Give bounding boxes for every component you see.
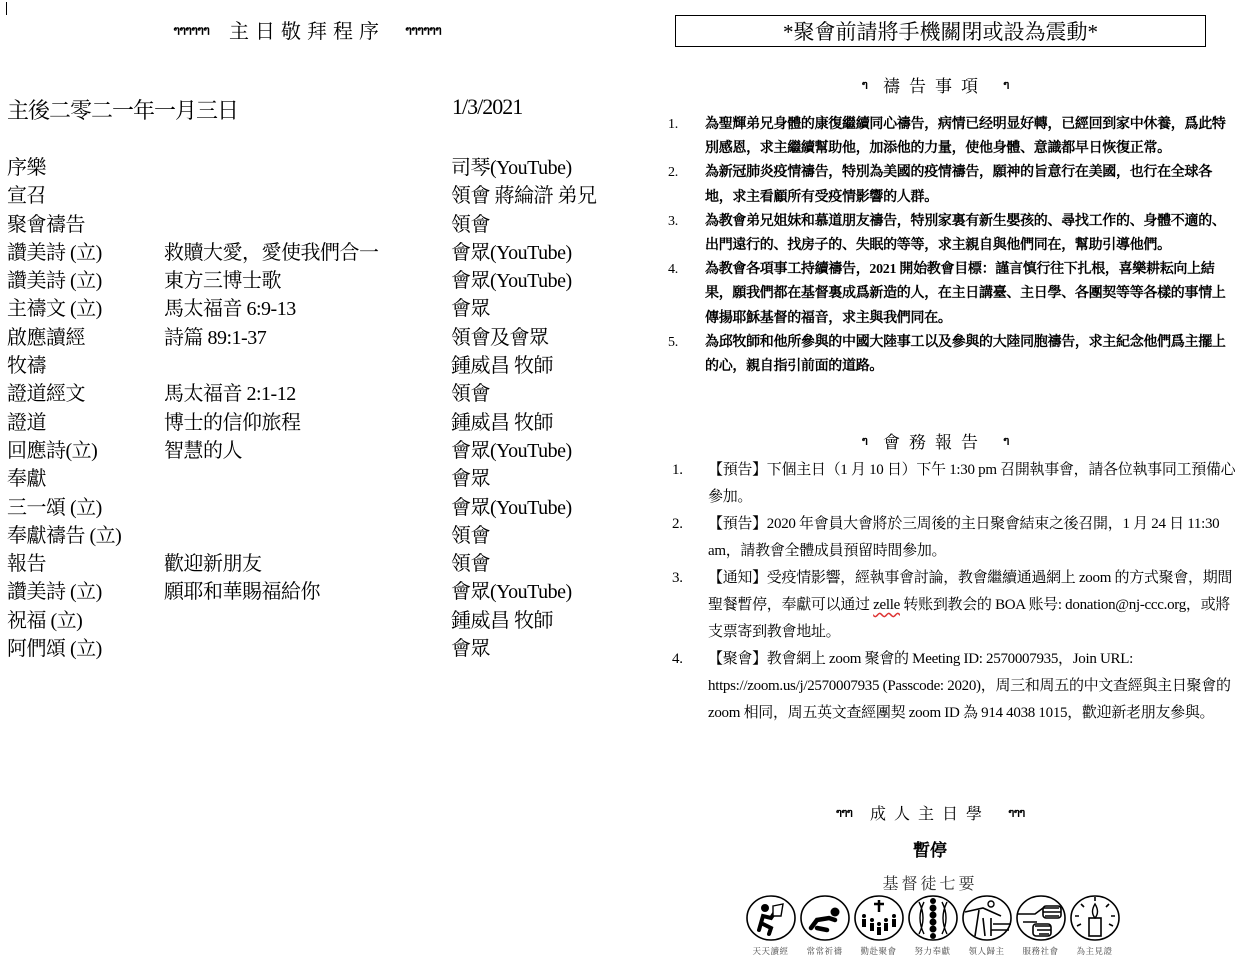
essential-label: 領人歸主: [968, 945, 1004, 957]
prayer-text: 為教會弟兄姐妹和慕道朋友禱告，特別家裏有新生嬰孩的、尋找工作的、身體不適的、出門…: [705, 214, 1226, 253]
affairs-text: 【聚會】教會網上 zoom 聚會的 Meeting ID: 2570007935…: [708, 651, 1231, 721]
program-row: 證道博士的信仰旅程鍾威昌 牧師: [7, 409, 627, 437]
ornament-left-icon: ๆๆๆๆๆๆ: [173, 21, 209, 37]
ornament-icon: ๆ: [862, 77, 867, 91]
program-item: 宣召: [7, 182, 46, 210]
essential-label: 為主見證: [1076, 945, 1112, 957]
program-item: 證道: [7, 409, 46, 437]
program-leader: 會眾(YouTube): [451, 494, 572, 522]
program-content: 救贖大愛，愛使我們合一: [164, 239, 379, 267]
program-row: 奉獻會眾: [7, 465, 627, 493]
program-row: 三一頌 (立)會眾(YouTube): [7, 494, 627, 522]
sunday-school-heading: ๆๆๆ 成人主日學 ๆๆๆ: [790, 800, 1070, 824]
program-item: 阿們頌 (立): [7, 635, 102, 663]
program-leader: 領會: [451, 211, 490, 239]
service-date: 主後二零二一年一月三日 1/3/2021: [7, 94, 607, 124]
program-item: 報告: [7, 550, 46, 578]
program-row: 讚美詩 (立)願耶和華賜福給你會眾(YouTube): [7, 578, 627, 606]
program-leader: 鍾威昌 牧師: [451, 409, 553, 437]
prayer-item: 2.為新冠肺炎疫情禱告，特別為美國的疫情禱告，願神的旨意行在美國，也行在全球各地…: [668, 161, 1238, 209]
ornament-icon: ๆ: [1003, 433, 1008, 447]
program-leader: 會眾(YouTube): [451, 267, 572, 295]
program-item: 牧禱: [7, 352, 46, 380]
program-row: 證道經文馬太福音 2:1-12領會: [7, 380, 627, 408]
program-content: 馬太福音 2:1-12: [164, 380, 296, 408]
program-item: 證道經文: [7, 380, 85, 408]
essential-item: 天天讀經: [744, 894, 797, 964]
leading-to-lord-icon: [961, 894, 1013, 942]
program-leader: 鍾威昌 牧師: [451, 607, 553, 635]
item-number: 3.: [672, 565, 683, 592]
program-row: 聚會禱告領會: [7, 211, 627, 239]
program-item: 讚美詩 (立): [7, 267, 102, 295]
program-content: 馬太福音 6:9-13: [164, 295, 296, 323]
program-list: 序樂司琴(YouTube) 宣召領會 蔣綸滸 弟兄 聚會禱告領會 讚美詩 (立)…: [7, 154, 627, 663]
left-page-worship-order: ๆๆๆๆๆๆ 主日敬拜程序 ๆๆๆๆๆๆ 主後二零二一年一月三日 1/3/202…: [0, 0, 640, 967]
affairs-list: 1.【預告】下個主日（1 月 10 日）下午 1:30 pm 召開執事會，請各位…: [672, 457, 1242, 727]
ornament-left-icon: ๆๆๆ: [836, 805, 852, 819]
prayer-list: 1.為聖輝弟兄身體的康復繼續同心禱告，病情已经明显好轉，已經回到家中休養，爲此特…: [668, 113, 1238, 379]
program-item: 主禱文 (立): [7, 295, 102, 323]
program-leader: 領會 蔣綸滸 弟兄: [451, 182, 597, 210]
program-row: 宣召領會 蔣綸滸 弟兄: [7, 182, 627, 210]
program-item: 奉獻: [7, 465, 46, 493]
sunday-school-title: 成人主日學: [870, 801, 990, 824]
prayer-section-heading: ๆ 禱告事項 ๆ: [830, 72, 1040, 96]
ornament-icon: ๆ: [862, 433, 867, 447]
item-number: 5.: [668, 331, 678, 355]
program-content: 詩篇 89:1-37: [164, 324, 266, 352]
program-content: 博士的信仰旅程: [164, 409, 301, 437]
program-leader: 會眾(YouTube): [451, 437, 572, 465]
essential-label: 努力奉獻: [914, 945, 950, 957]
program-leader: 會眾(YouTube): [451, 578, 572, 606]
program-leader: 領會: [451, 522, 490, 550]
program-row: 讚美詩 (立)救贖大愛，愛使我們合一會眾(YouTube): [7, 239, 627, 267]
congregation-icon: [853, 894, 905, 942]
candle-witness-icon: [1069, 894, 1121, 942]
program-row: 阿們頌 (立)會眾: [7, 635, 627, 663]
affairs-item: 1.【預告】下個主日（1 月 10 日）下午 1:30 pm 召開執事會，請各位…: [672, 457, 1242, 511]
prayer-text: 為聖輝弟兄身體的康復繼續同心禱告，病情已经明显好轉，已經回到家中休養，爲此特別感…: [705, 117, 1226, 156]
ornament-right-icon: ๆๆๆ: [1008, 805, 1024, 819]
phone-notice-box: *聚會前請將手機關閉或設為震動*: [675, 15, 1206, 47]
program-content: 歡迎新朋友: [164, 550, 262, 578]
affairs-text: 【預告】2020 年會員大會將於三周後的主日聚會結束之後召開，1 月 24 日 …: [708, 516, 1219, 559]
item-number: 1.: [668, 113, 678, 137]
praying-icon: [799, 894, 851, 942]
program-item: 祝福 (立): [7, 607, 82, 635]
reading-bible-icon: [745, 894, 797, 942]
essential-item: 勤赴聚會: [852, 894, 905, 964]
item-number: 4.: [672, 646, 683, 673]
program-item: 序樂: [7, 154, 46, 182]
program-row: 序樂司琴(YouTube): [7, 154, 627, 182]
program-row: 主禱文 (立)馬太福音 6:9-13會眾: [7, 295, 627, 323]
program-row: 讚美詩 (立)東方三博士歌會眾(YouTube): [7, 267, 627, 295]
program-content: 智慧的人: [164, 437, 242, 465]
item-number: 3.: [668, 210, 678, 234]
program-leader: 鍾威昌 牧師: [451, 352, 553, 380]
program-row: 牧禱鍾威昌 牧師: [7, 352, 627, 380]
right-page-announcements: *聚會前請將手機關閉或設為震動* ๆ 禱告事項 ๆ 1.為聖輝弟兄身體的康復繼續…: [640, 0, 1248, 967]
program-content: 東方三博士歌: [164, 267, 281, 295]
program-content: 願耶和華賜福給你: [164, 578, 320, 606]
prayer-text: 為教會各項事工持續禱告，2021 開始教會目標：謹言慎行往下扎根，喜樂耕耘向上結…: [705, 262, 1226, 325]
program-leader: 領會: [451, 550, 490, 578]
prayer-text: 為新冠肺炎疫情禱告，特別為美國的疫情禱告，願神的旨意行在美國，也行在全球各地，求…: [705, 165, 1212, 204]
affairs-item: 4.【聚會】教會網上 zoom 聚會的 Meeting ID: 25700079…: [672, 646, 1242, 727]
essential-label: 常常祈禱: [806, 945, 842, 957]
program-row: 啟應讀經詩篇 89:1-37領會及會眾: [7, 324, 627, 352]
item-number: 2.: [672, 511, 683, 538]
prayer-section-title: 禱告事項: [883, 72, 987, 97]
ornament-icon: ๆ: [1003, 77, 1008, 91]
ornament-right-icon: ๆๆๆๆๆๆ: [405, 21, 441, 37]
program-item: 回應詩(立): [7, 437, 97, 465]
program-item: 讚美詩 (立): [7, 578, 102, 606]
program-item: 三一頌 (立): [7, 494, 102, 522]
essential-label: 天天讀經: [752, 945, 788, 957]
program-leader: 領會: [451, 380, 490, 408]
offering-fish-icon: [907, 894, 959, 942]
spellcheck-flagged-word[interactable]: zelle: [873, 597, 900, 613]
affairs-text: 【預告】下個主日（1 月 10 日）下午 1:30 pm 召開執事會，請各位執事…: [708, 462, 1235, 505]
item-number: 4.: [668, 258, 678, 282]
serving-hands-icon: [1015, 894, 1067, 942]
seven-essentials-title: 基督徒七要: [840, 871, 1020, 894]
essential-item: 努力奉獻: [906, 894, 959, 964]
program-leader: 司琴(YouTube): [451, 154, 572, 182]
prayer-text: 為邱牧師和他所參與的中國大陸事工以及參與的大陸同胞禱告，求主紀念他們爲主擺上的心…: [705, 335, 1226, 374]
essential-label: 勤赴聚會: [860, 945, 896, 957]
prayer-item: 3.為教會弟兄姐妹和慕道朋友禱告，特別家裏有新生嬰孩的、尋找工作的、身體不適的、…: [668, 210, 1238, 258]
program-item: 啟應讀經: [7, 324, 85, 352]
item-number: 1.: [672, 457, 683, 484]
prayer-item: 1.為聖輝弟兄身體的康復繼續同心禱告，病情已经明显好轉，已經回到家中休養，爲此特…: [668, 113, 1238, 161]
affairs-section-heading: ๆ 會務報告 ๆ: [830, 428, 1040, 452]
prayer-item: 4.為教會各項事工持續禱告，2021 開始教會目標：謹言慎行往下扎根，喜樂耕耘向…: [668, 258, 1238, 331]
essential-label: 服務社會: [1022, 945, 1058, 957]
program-row: 回應詩(立)智慧的人會眾(YouTube): [7, 437, 627, 465]
essential-item: 為主見證: [1068, 894, 1121, 964]
prayer-item: 5.為邱牧師和他所參與的中國大陸事工以及參與的大陸同胞禱告，求主紀念他們爲主擺上…: [668, 331, 1238, 379]
seven-essentials-icons: 天天讀經 常常祈禱 勤赴聚會 努力奉獻 領人歸主 服務社會 為主見證: [744, 894, 1124, 964]
affairs-item: 2.【預告】2020 年會員大會將於三周後的主日聚會結束之後召開，1 月 24 …: [672, 511, 1242, 565]
affairs-section-title: 會務報告: [883, 428, 987, 453]
program-item: 讚美詩 (立): [7, 239, 102, 267]
program-row: 報告歡迎新朋友領會: [7, 550, 627, 578]
program-leader: 會眾: [451, 295, 490, 323]
sunday-school-status: 暫停: [890, 836, 970, 861]
program-item: 聚會禱告: [7, 211, 85, 239]
worship-order-title: 主日敬拜程序: [229, 15, 385, 44]
program-row: 奉獻禱告 (立)領會: [7, 522, 627, 550]
date-chinese: 主後二零二一年一月三日: [7, 94, 238, 125]
program-leader: 會眾: [451, 465, 490, 493]
program-row: 祝福 (立)鍾威昌 牧師: [7, 607, 627, 635]
essential-item: 領人歸主: [960, 894, 1013, 964]
affairs-item: 3.【通知】受疫情影響，經執事會討論，教會繼續通過網上 zoom 的方式聚會，期…: [672, 565, 1242, 646]
item-number: 2.: [668, 161, 678, 185]
program-leader: 會眾(YouTube): [451, 239, 572, 267]
program-item: 奉獻禱告 (立): [7, 522, 121, 550]
essential-item: 常常祈禱: [798, 894, 851, 964]
worship-order-heading: ๆๆๆๆๆๆ 主日敬拜程序 ๆๆๆๆๆๆ: [92, 16, 522, 42]
date-numeric: 1/3/2021: [452, 94, 522, 120]
essential-item: 服務社會: [1014, 894, 1067, 964]
program-leader: 會眾: [451, 635, 490, 663]
program-leader: 領會及會眾: [451, 324, 549, 352]
